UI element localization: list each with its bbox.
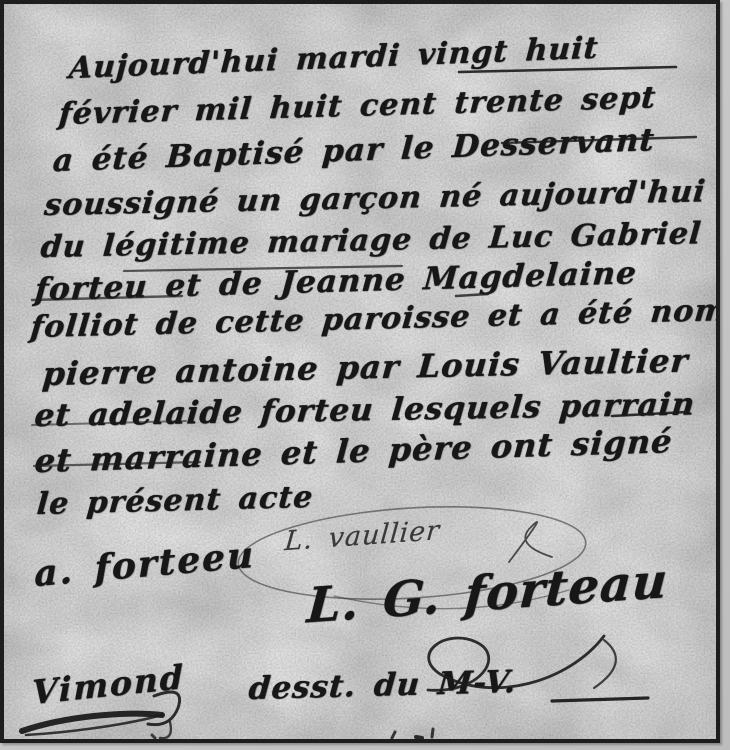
paper-background: Aujourd'hui mardi vingt huit février mil… (4, 4, 716, 739)
signature-officiant-vaultier: L. vaullier (284, 517, 442, 555)
registrar-title-abbreviation: desst. du M-V. (248, 667, 518, 705)
record-line-1: Aujourd'hui mardi vingt huit (68, 34, 599, 84)
scanned-baptism-record: Aujourd'hui mardi vingt huit février mil… (0, 0, 730, 750)
record-line-3: a été Baptisé par le Desservant (52, 125, 656, 177)
record-line-11: le présent acte (36, 483, 315, 520)
signature-father-forteau: L. G. forteau (306, 557, 670, 631)
record-line-2: février mil huit cent trente sept (58, 83, 658, 130)
record-line-10: et marraine et le père ont signé (34, 425, 674, 477)
document-frame: Aujourd'hui mardi vingt huit février mil… (0, 0, 720, 743)
record-line-4: soussigné un garçon né aujourd'hui (43, 177, 707, 221)
record-line-8: pierre antoine par Louis Vaultier (41, 344, 689, 390)
signature-registrar-vimond: Vimond (32, 660, 185, 709)
signature-godmother-forteu: a. forteeu (34, 537, 255, 592)
